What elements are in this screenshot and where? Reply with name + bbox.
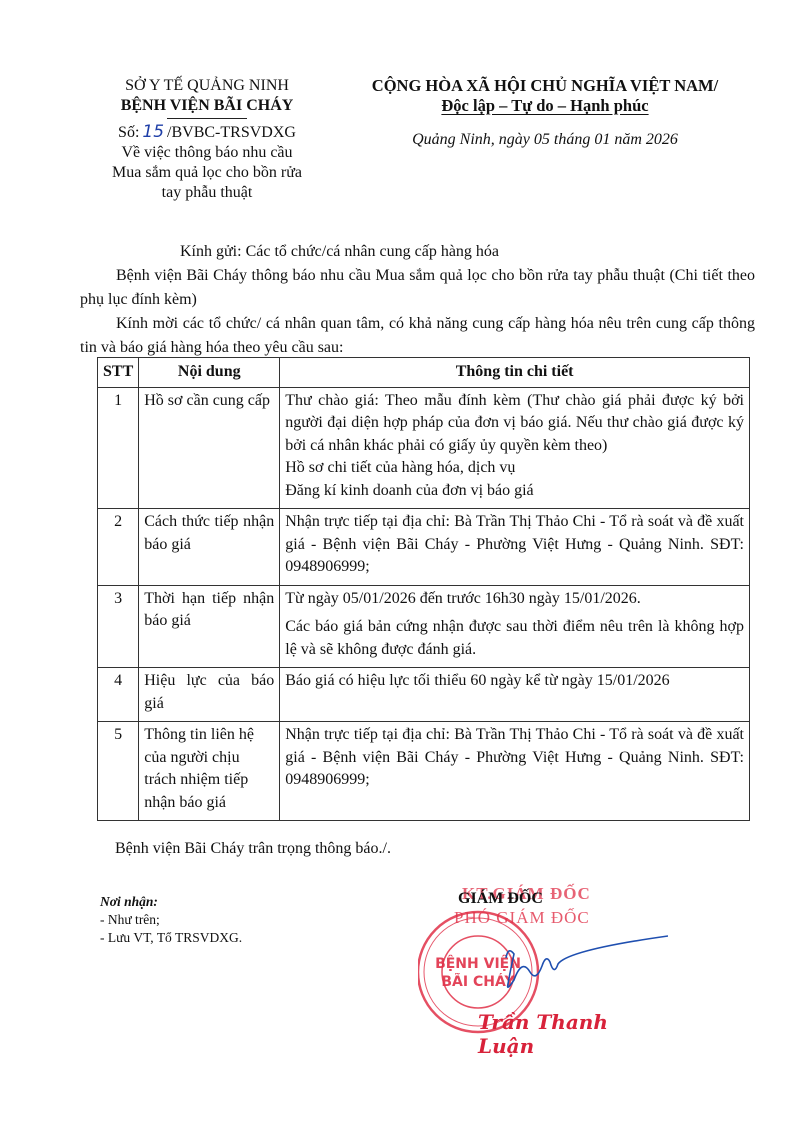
- place-date: Quảng Ninh, ngày 05 tháng 01 năm 2026: [345, 130, 745, 150]
- header-content: Nội dung: [139, 358, 280, 388]
- national-header: CỘNG HÒA XÃ HỘI CHỦ NGHĨA VIỆT NAM/ Độc …: [345, 76, 745, 150]
- recipients-heading: Nơi nhận:: [100, 893, 242, 911]
- signatory-title: GIÁM ĐỐC: [458, 890, 543, 908]
- subject-line-1: Về việc thông báo nhu cầu: [92, 143, 322, 163]
- detail-line: Nhận trực tiếp tại địa chỉ: Bà Trần Thị …: [285, 724, 744, 792]
- national-title: CỘNG HÒA XÃ HỘI CHỦ NGHĨA VIỆT NAM/: [345, 76, 745, 96]
- detail-line: Từ ngày 05/01/2026 đến trước 16h30 ngày …: [285, 588, 744, 611]
- detail-line: Báo giá có hiệu lực tối thiểu 60 ngày kể…: [285, 670, 744, 693]
- row-content: Hồ sơ cần cung cấp: [139, 387, 280, 509]
- signature-block: KT.GIÁM ĐỐC GIÁM ĐỐC PHÓ GIÁM ĐỐC BỆNH V…: [418, 880, 668, 1050]
- national-motto: Độc lập – Tự do – Hạnh phúc: [345, 96, 745, 116]
- header-rule: [167, 118, 247, 119]
- signer-name: Trần Thanh Luận: [478, 1010, 668, 1058]
- number-prefix: Số:: [118, 124, 139, 141]
- recipient-line: Kính gửi: Các tổ chức/cá nhân cung cấp h…: [80, 240, 755, 264]
- recipients-block: Nơi nhận: - Như trên; - Lưu VT, Tổ TRSVD…: [100, 893, 242, 947]
- svg-text:BỆNH VIỆN: BỆNH VIỆN: [435, 954, 521, 972]
- table-row: 5 Thông tin liên hệ của người chịu trách…: [98, 722, 750, 821]
- row-details: Từ ngày 05/01/2026 đến trước 16h30 ngày …: [280, 585, 750, 668]
- detail-line: Thư chào giá: Theo mẫu đính kèm (Thư chà…: [285, 390, 744, 458]
- detail-line: Nhận trực tiếp tại địa chỉ: Bà Trần Thị …: [285, 511, 744, 579]
- subject-line-2: Mua sắm quả lọc cho bồn rửa: [92, 163, 322, 183]
- row-content: Thông tin liên hệ của người chịu trách n…: [139, 722, 280, 821]
- row-details: Thư chào giá: Theo mẫu đính kèm (Thư chà…: [280, 387, 750, 509]
- closing-line: Bệnh viện Bãi Cháy trân trọng thông báo.…: [115, 840, 391, 858]
- department-name: SỞ Y TẾ QUẢNG NINH: [92, 76, 322, 96]
- svg-text:BÃI CHÁY: BÃI CHÁY: [441, 973, 515, 990]
- row-details: Nhận trực tiếp tại địa chỉ: Bà Trần Thị …: [280, 722, 750, 821]
- document-number: Số:15/BVBC-TRSVDXG: [92, 122, 322, 143]
- detail-line: Hồ sơ chi tiết của hàng hóa, dịch vụ: [285, 457, 744, 480]
- row-content: Thời hạn tiếp nhận báo giá: [139, 585, 280, 668]
- header-details: Thông tin chi tiết: [280, 358, 750, 388]
- row-number: 2: [98, 509, 139, 586]
- row-number: 1: [98, 387, 139, 509]
- table-header-row: STT Nội dung Thông tin chi tiết: [98, 358, 750, 388]
- detail-line: Đăng kí kinh doanh của đơn vị báo giá: [285, 480, 744, 503]
- header-stt: STT: [98, 358, 139, 388]
- row-number: 5: [98, 722, 139, 821]
- row-details: Nhận trực tiếp tại địa chỉ: Bà Trần Thị …: [280, 509, 750, 586]
- table-row: 1 Hồ sơ cần cung cấp Thư chào giá: Theo …: [98, 387, 750, 509]
- row-content: Cách thức tiếp nhận báo giá: [139, 509, 280, 586]
- row-number: 3: [98, 585, 139, 668]
- subject-line-3: tay phẫu thuật: [92, 183, 322, 203]
- hospital-name: BỆNH VIỆN BÃI CHÁY: [92, 96, 322, 116]
- number-suffix: /BVBC-TRSVDXG: [167, 124, 296, 141]
- requirements-table: STT Nội dung Thông tin chi tiết 1 Hồ sơ …: [97, 357, 750, 821]
- detail-line: Các báo giá bản cứng nhận được sau thời …: [285, 616, 744, 661]
- row-number: 4: [98, 668, 139, 722]
- table-row: 3 Thời hạn tiếp nhận báo giá Từ ngày 05/…: [98, 585, 750, 668]
- issuer-block: SỞ Y TẾ QUẢNG NINH BỆNH VIỆN BÃI CHÁY Số…: [92, 76, 322, 203]
- recipient-item: - Lưu VT, Tổ TRSVDXG.: [100, 929, 242, 947]
- table-row: 2 Cách thức tiếp nhận báo giá Nhận trực …: [98, 509, 750, 586]
- body-paragraph-1: Bệnh viện Bãi Cháy thông báo nhu cầu Mua…: [80, 264, 755, 312]
- table-row: 4 Hiệu lực của báo giá Báo giá có hiệu l…: [98, 668, 750, 722]
- recipient-item: - Như trên;: [100, 911, 242, 929]
- handwritten-number: 15: [142, 122, 164, 142]
- row-content: Hiệu lực của báo giá: [139, 668, 280, 722]
- row-details: Báo giá có hiệu lực tối thiểu 60 ngày kể…: [280, 668, 750, 722]
- letter-body: Kính gửi: Các tổ chức/cá nhân cung cấp h…: [80, 240, 755, 360]
- body-paragraph-2: Kính mời các tổ chức/ cá nhân quan tâm, …: [80, 312, 755, 360]
